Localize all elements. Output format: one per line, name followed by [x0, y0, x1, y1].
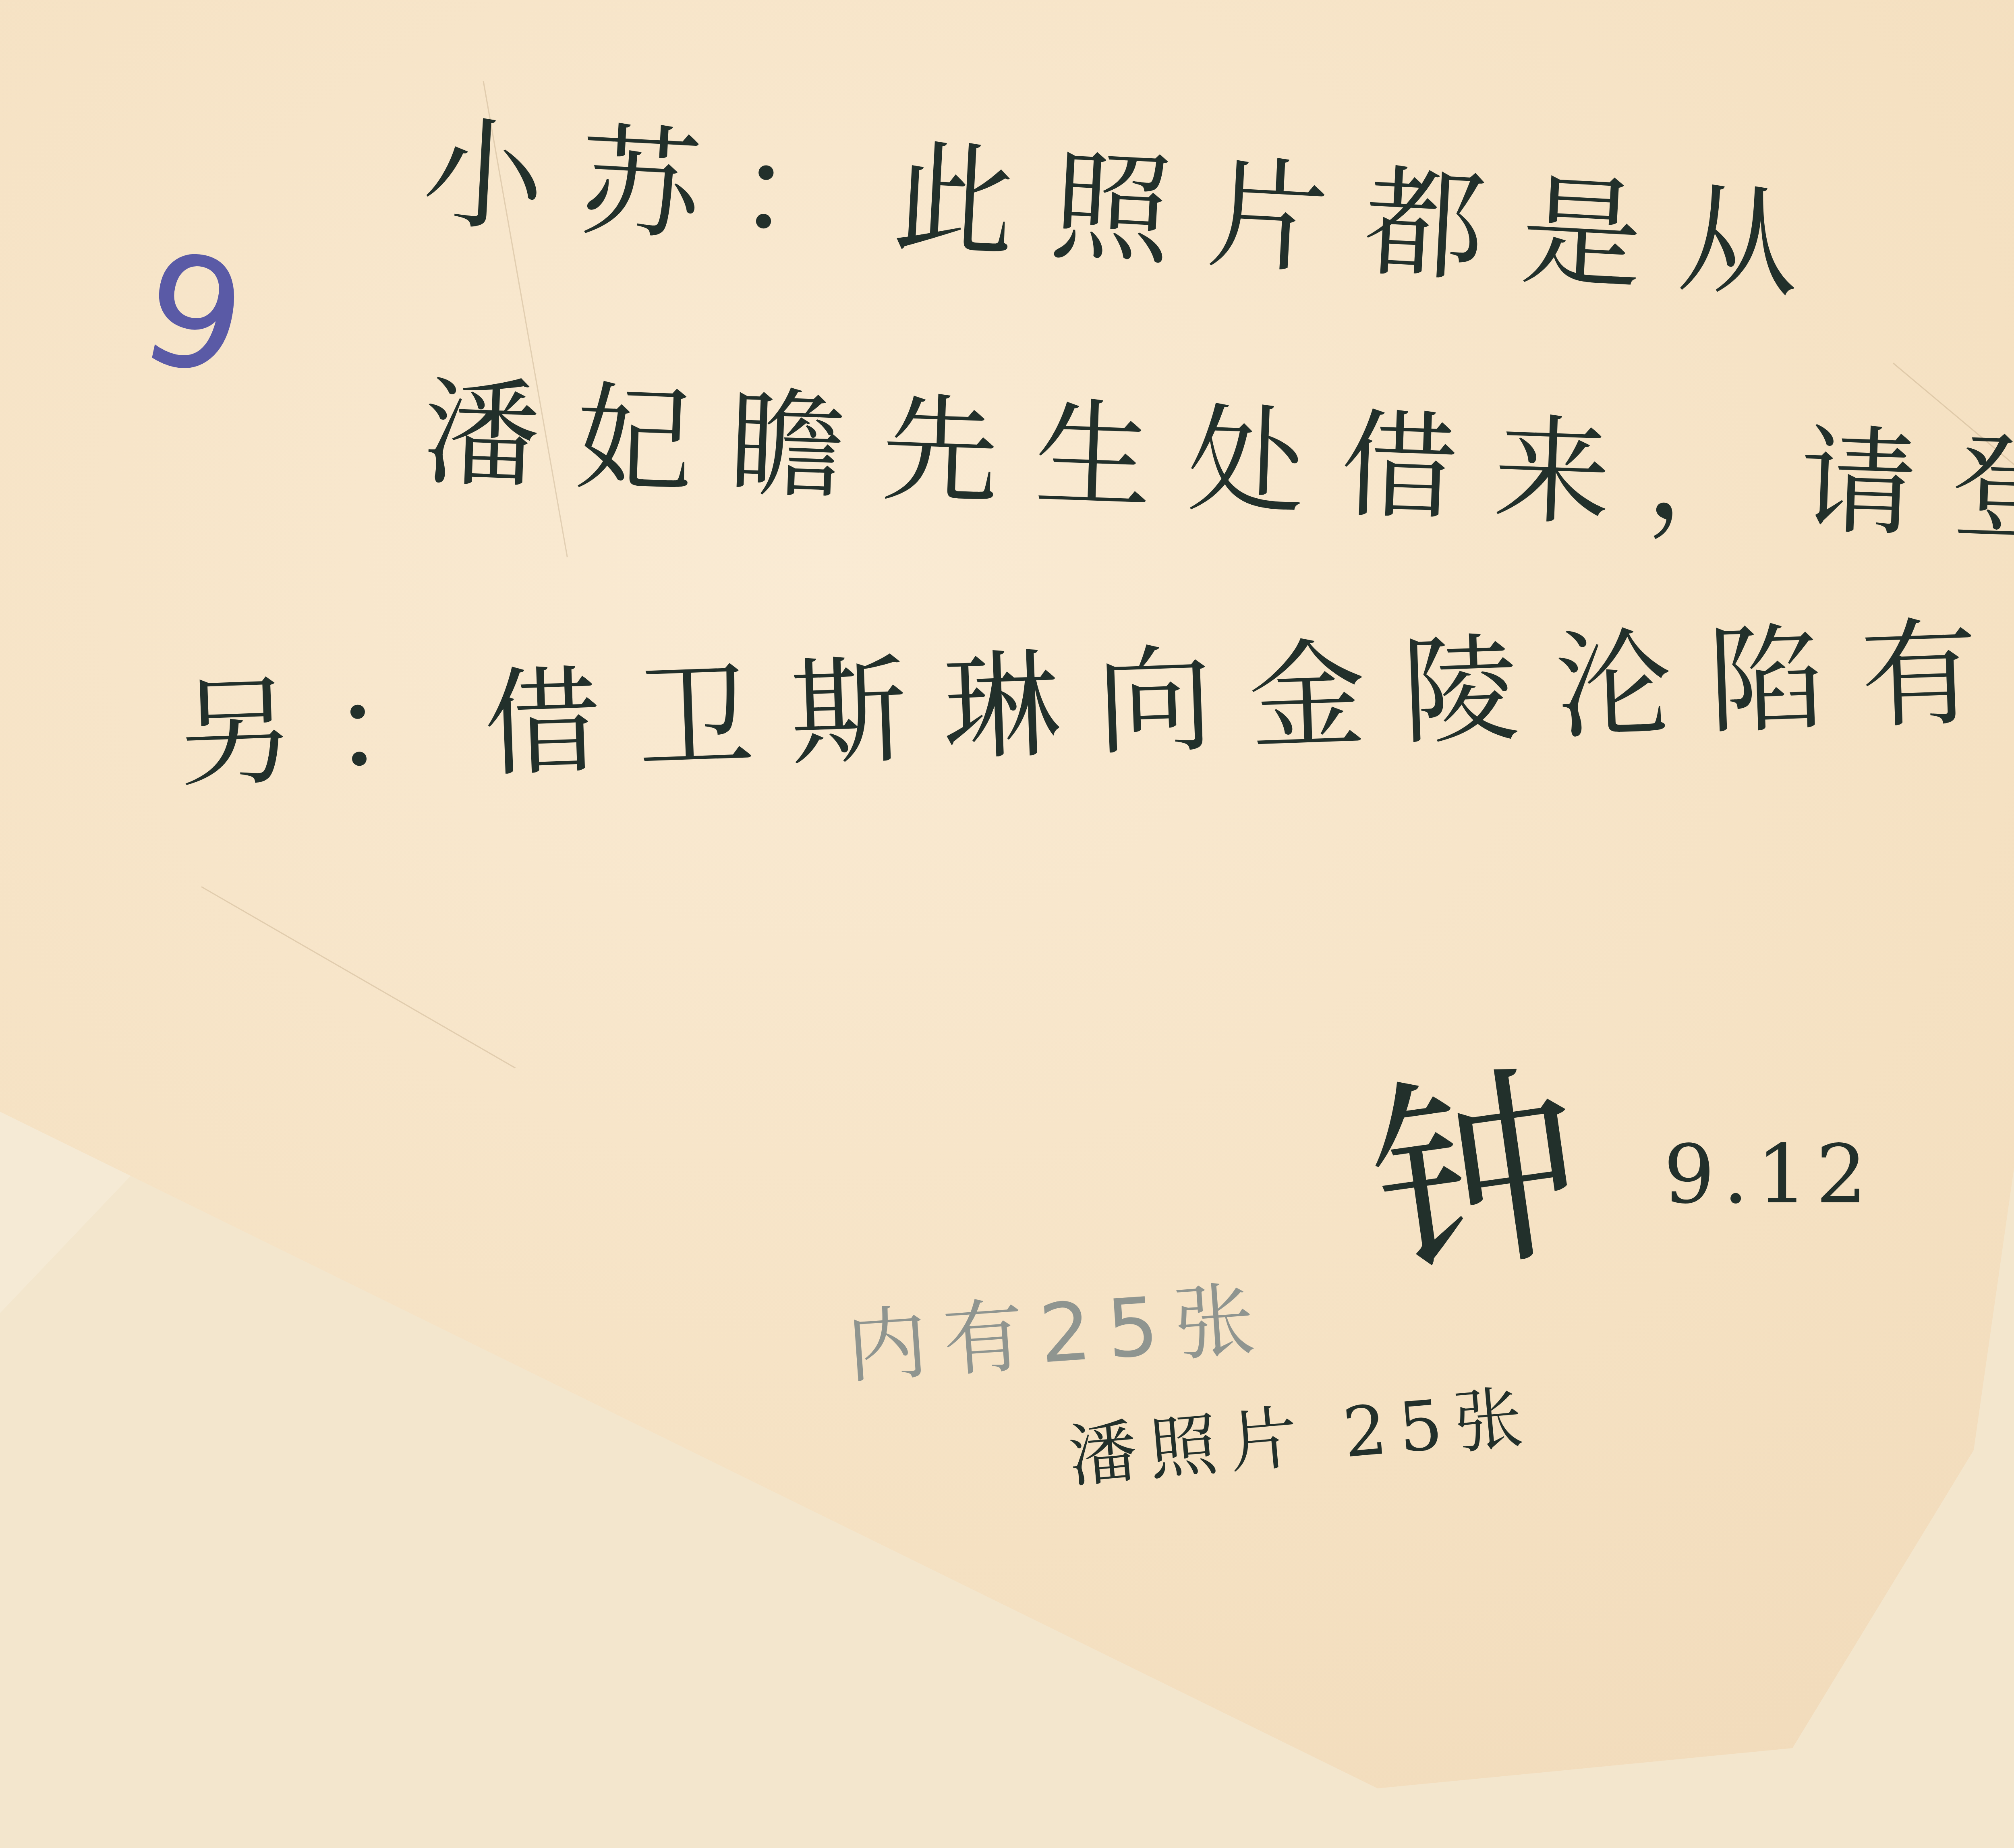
paper-crease	[201, 886, 516, 1069]
salutation: 小苏：	[420, 103, 898, 268]
signature: 钟	[1349, 994, 1599, 1321]
date: 9.12	[1664, 1128, 1875, 1222]
